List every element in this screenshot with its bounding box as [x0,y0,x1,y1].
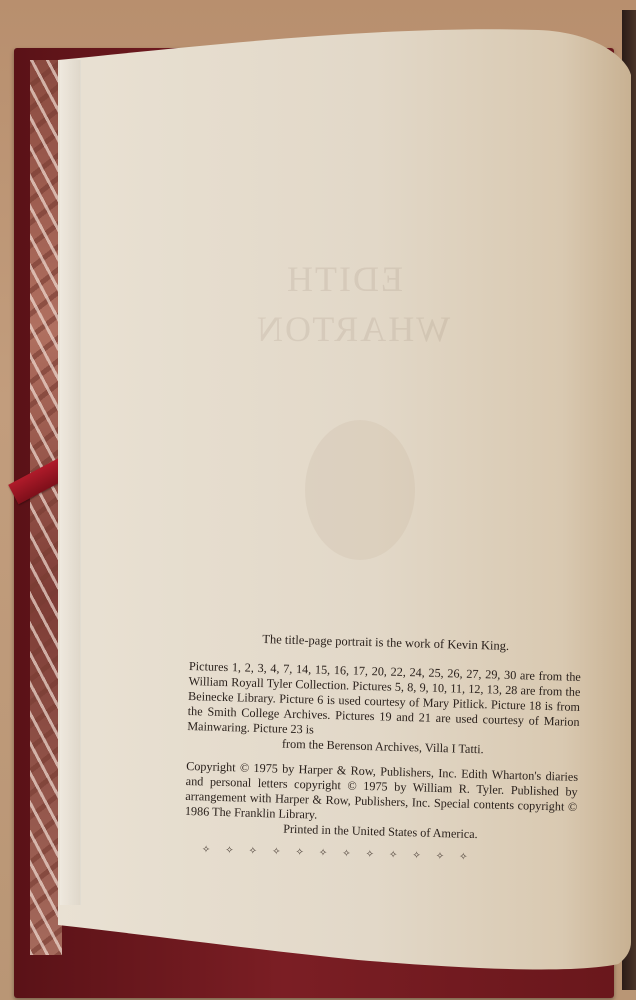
diamond-ornament-icon: ✧ [225,845,234,856]
diamond-ornament-icon: ✧ [412,850,421,861]
show-through-title-line2: WHARTON [255,308,450,350]
diamond-ornament-icon: ✧ [365,849,374,860]
diamond-ornament-icon: ✧ [342,848,351,859]
copyright-notice: Copyright © 1975 by Harper & Row, Publis… [184,759,578,845]
copyright-text: Copyright © 1975 by Harper & Row, Publis… [185,759,578,822]
diamond-ornament-icon: ✧ [248,846,257,857]
show-through-title-line1: EDITH [285,258,403,300]
diamond-ornament-icon: ✧ [272,846,281,857]
diamond-ornament-icon: ✧ [202,844,211,855]
picture-credits: Pictures 1, 2, 3, 4, 7, 14, 15, 16, 17, … [187,659,581,760]
diamond-ornament-icon: ✧ [459,852,468,863]
marbled-endpaper [30,60,62,955]
printed-in: Printed in the United States of America. [184,819,576,845]
page-gutter [60,60,81,905]
diamond-ornament-icon: ✧ [319,848,328,859]
picture-credits-text: Pictures 1, 2, 3, 4, 7, 14, 15, 16, 17, … [187,659,581,737]
diamond-ornament-icon: ✧ [295,847,304,858]
copyright-block: The title-page portrait is the work of K… [184,630,582,866]
picture-credits-last: from the Berenson Archives, Villa I Tatt… [187,734,579,760]
show-through-portrait [305,420,415,560]
diamond-ornament-icon: ✧ [389,850,398,861]
diamond-ornament-icon: ✧ [436,851,445,862]
